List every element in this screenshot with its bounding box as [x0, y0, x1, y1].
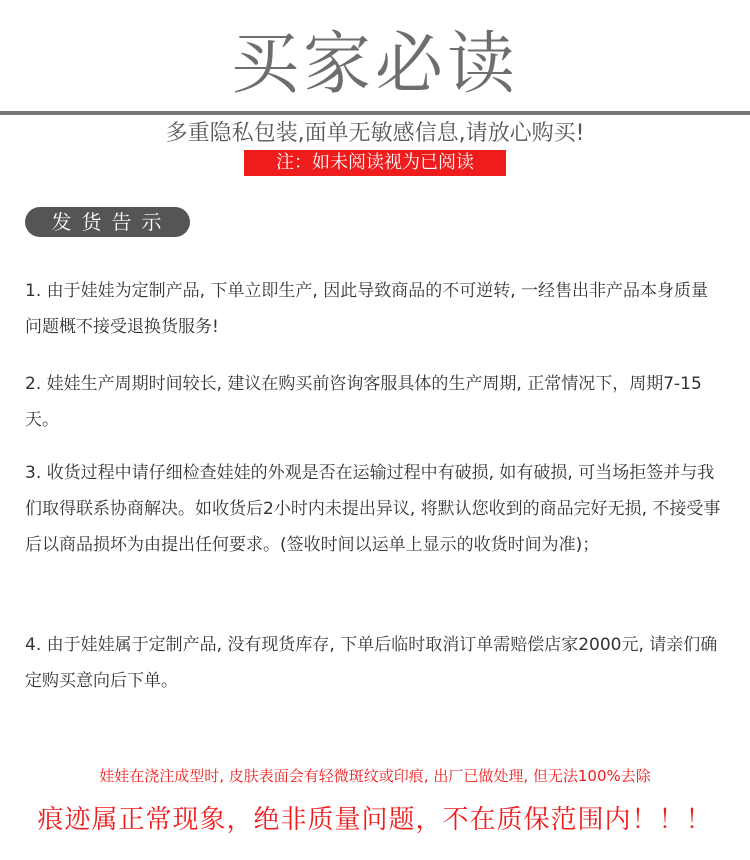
policy-paragraph-4: 4. 由于娃娃属于定制产品, 没有现货库存, 下单后临时取消订单需赔偿店家200…	[25, 627, 725, 699]
page-title: 买家必读	[0, 20, 750, 110]
policy-paragraph-3: 3. 收货过程中请仔细检查娃娃的外观是否在运输过程中有破损, 如有破损, 可当场…	[25, 455, 725, 563]
policy-paragraph-1: 1. 由于娃娃为定制产品, 下单立即生产, 因此导致商品的不可逆转, 一经售出非…	[25, 273, 725, 345]
warranty-disclaimer: 痕迹属正常现象，绝非质量问题，不在质保范围内！！！	[0, 800, 750, 840]
skin-mark-warning: 娃娃在浇注成型时, 皮肤表面会有轻微斑纹或印痕, 出厂已做处理, 但无法100%…	[0, 764, 750, 788]
title-divider	[0, 111, 750, 115]
section-badge: 发货告示	[25, 207, 190, 237]
policy-paragraph-2: 2. 娃娃生产周期时间较长, 建议在购买前咨询客服具体的生产周期, 正常情况下，…	[25, 366, 725, 438]
notice-container: 注：如未阅读视为已阅读	[0, 150, 750, 176]
privacy-subtitle: 多重隐私包装,面单无敏感信息,请放心购买!	[0, 118, 750, 150]
read-notice-banner: 注：如未阅读视为已阅读	[244, 150, 506, 176]
